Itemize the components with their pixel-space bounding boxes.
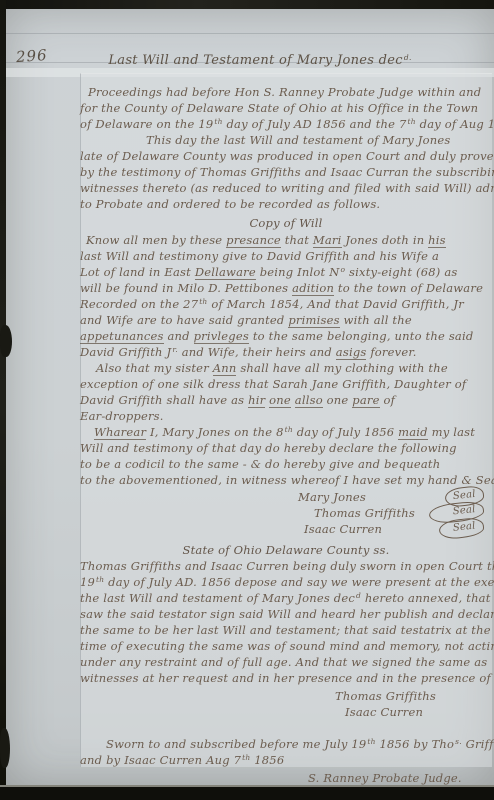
text-run: day of July AD 1856 and the 7 xyxy=(223,117,407,131)
text-run: of xyxy=(380,393,395,407)
text-run: for the County of Delaware State of Ohio… xyxy=(80,101,478,115)
text-line: Lot of land in East Dellaware being Inlo… xyxy=(80,264,492,280)
text-run: d xyxy=(355,591,361,600)
text-run: my last xyxy=(428,425,475,439)
text-run: day of July AD. 1856 depose and say we w… xyxy=(104,575,494,589)
text-run: th xyxy=(198,297,207,306)
text-line: exception of one silk dress that Sarah J… xyxy=(80,376,492,392)
text-line: for the County of Delaware State of Ohio… xyxy=(80,100,492,116)
ruled-line xyxy=(6,33,494,34)
witness-testimony: Thomas Griffiths and Isaac Curren being … xyxy=(80,558,492,686)
signature: Isaac CurrenSeal xyxy=(298,521,484,537)
text-run: Proceedings had before Hon S. Ranney Pro… xyxy=(88,85,481,99)
text-run: 1856 xyxy=(250,753,284,767)
text-run: to the same belonging, unto the said xyxy=(249,329,473,343)
text-line: Ear-droppers. xyxy=(80,408,492,424)
underlined-word: maid xyxy=(398,425,428,440)
text-run: sixty-eight (68) as xyxy=(345,265,457,279)
text-run: to the abovementioned, in witness whereo… xyxy=(80,473,494,487)
underlined-word: adition xyxy=(292,281,334,296)
text-run: last Will and testimony give to David Gr… xyxy=(80,249,439,263)
signature-name: Mary Jones xyxy=(298,490,366,504)
text-run: to the town of Delaware xyxy=(334,281,483,295)
text-line: Also that my sister Ann shall have all m… xyxy=(80,360,492,376)
text-run: one xyxy=(323,393,352,407)
text-line: witnesses at her request and in her pres… xyxy=(80,670,492,686)
text-run: day of Aug 1856 xyxy=(416,117,494,131)
text-run: forever. xyxy=(366,345,416,359)
text-line: Know all men by these presance that Mari… xyxy=(80,232,492,248)
text-run: th xyxy=(284,425,293,434)
text-run: to Probate and ordered to be recorded as… xyxy=(80,197,380,211)
text-line: time of executing the same was of sound … xyxy=(80,638,492,654)
text-line: late of Delaware County was produced in … xyxy=(80,148,492,164)
text-line: State of Ohio Delaware County ss. xyxy=(80,542,492,558)
text-run: I, Mary Jones on the 8 xyxy=(146,425,284,439)
proceedings-body: This day the last Will and testament of … xyxy=(80,132,492,212)
text-run: th xyxy=(407,117,416,126)
underlined-word: Wharear xyxy=(94,425,146,440)
text-run: shall have all my clothing with the xyxy=(236,361,447,375)
text-run: witnesses at her request and in her pres… xyxy=(80,671,494,685)
text-run: Also that my sister xyxy=(96,361,213,375)
underlined-word: appetunances xyxy=(80,329,164,344)
text-line: Recorded on the 27th of March 1854, And … xyxy=(80,296,492,312)
text-line: to the abovementioned, in witness whereo… xyxy=(80,472,492,488)
signature-name: Isaac Curren xyxy=(345,705,423,719)
text-run: exception of one silk dress that Sarah J… xyxy=(80,377,466,391)
text-run: Copy of Will xyxy=(249,216,322,230)
text-run: Ear-droppers. xyxy=(80,409,164,423)
text-run: d. xyxy=(403,53,412,62)
text-run: Jones doth in xyxy=(342,233,429,247)
underlined-word: primises xyxy=(288,313,339,328)
underlined-word: Mari xyxy=(313,233,342,248)
testator-signatures: Mary JonesSealThomas GriffithsSealIsaac … xyxy=(298,489,484,537)
text-line: Will and testimony of that day do hereby… xyxy=(80,440,492,456)
text-run: th xyxy=(95,575,104,584)
text-line: David Griffith Jr. and Wife, their heirs… xyxy=(80,344,492,360)
codicil-clause: Wharear I, Mary Jones on the 8th day of … xyxy=(80,424,492,488)
text-line: last Will and testimony give to David Gr… xyxy=(80,248,492,264)
text-run: to be a codicil to the same - & do hereb… xyxy=(80,457,440,471)
text-line: 19th day of July AD. 1856 depose and say… xyxy=(80,574,492,590)
text-run: Sworn to and subscribed before me July 1… xyxy=(106,737,366,751)
text-run: Griffiths xyxy=(462,737,494,751)
binding-shadow xyxy=(0,728,10,768)
sworn-statement: Sworn to and subscribed before me July 1… xyxy=(80,736,492,768)
text-run: and Wife are to have said granted xyxy=(80,313,288,327)
text-run: o xyxy=(339,265,345,274)
text-line: to be a codicil to the same - & do hereb… xyxy=(80,456,492,472)
text-run: Lot of land in East xyxy=(80,265,195,279)
text-line: David Griffith shall have as hir one all… xyxy=(80,392,492,408)
text-line: Thomas Griffiths and Isaac Curren being … xyxy=(80,558,492,574)
scanned-ledger-photo: 296 Last Will and Testament of Mary Jone… xyxy=(0,0,494,800)
text-run: being Inlot N xyxy=(256,265,340,279)
text-run: will be found in Milo D. Pettibones xyxy=(80,281,292,295)
underlined-word: asigs xyxy=(336,345,367,360)
text-run: by the testimony of Thomas Griffiths and… xyxy=(80,165,494,179)
photo-edge-top xyxy=(0,0,494,9)
text-line: saw the said testator sign said Will and… xyxy=(80,606,492,622)
will-body: Know all men by these presance that Mari… xyxy=(80,232,492,360)
text-run: Will and testimony of that day do hereby… xyxy=(80,441,457,455)
text-line: This day the last Will and testament of … xyxy=(80,132,492,148)
text-run: Recorded on the 27 xyxy=(80,297,198,311)
text-line: and by Isaac Curren Aug 7th 1856 xyxy=(80,752,492,768)
signature-name: Isaac Curren xyxy=(304,522,382,536)
text-line: to Probate and ordered to be recorded as… xyxy=(80,196,492,212)
text-run: of March 1854, And that David Griffith, … xyxy=(207,297,463,311)
page-title: Last Will and Testament of Mary Jones de… xyxy=(46,53,474,68)
text-run: Thomas Griffiths and Isaac Curren being … xyxy=(80,559,494,573)
text-line: Sworn to and subscribed before me July 1… xyxy=(80,736,492,752)
text-run: the same to be her last Will and testame… xyxy=(80,623,491,637)
text-line: and Wife are to have said granted primis… xyxy=(80,312,492,328)
text-line: Wharear I, Mary Jones on the 8th day of … xyxy=(80,424,492,440)
text-run: hereto annexed, that we xyxy=(361,591,494,605)
text-line: S. Ranney Probate Judge. xyxy=(308,770,492,786)
text-run: day of July 1856 xyxy=(293,425,398,439)
text-line: under any restraint and of full age. And… xyxy=(80,654,492,670)
text-run: that xyxy=(281,233,313,247)
text-run: State of Ohio Delaware County ss. xyxy=(183,543,390,557)
clothing-clause: Also that my sister Ann shall have all m… xyxy=(80,360,492,424)
underlined-word: his xyxy=(428,233,446,248)
page-number: 296 xyxy=(15,46,48,66)
signature-name: Thomas Griffiths xyxy=(335,689,436,703)
underlined-word: privleges xyxy=(194,329,249,344)
text-run: David Griffith J xyxy=(80,345,171,359)
text-run: th xyxy=(241,753,250,762)
text-line: the same to be her last Will and testame… xyxy=(80,622,492,638)
ledger-page: 296 Last Will and Testament of Mary Jone… xyxy=(6,9,494,787)
text-run: S. Ranney Probate Judge. xyxy=(308,771,462,785)
underlined-word: pare xyxy=(352,393,379,408)
photo-edge-bottom xyxy=(0,785,494,800)
text-run: and Wife, their heirs and xyxy=(178,345,336,359)
text-run: s. xyxy=(454,737,462,746)
state-heading: State of Ohio Delaware County ss. xyxy=(80,542,492,558)
underlined-word: Dellaware xyxy=(195,265,256,280)
photo-edge-left xyxy=(0,0,6,800)
signature: Isaac Curren xyxy=(335,704,492,720)
text-run: r. xyxy=(171,345,178,354)
text-line: the last Will and testament of Mary Jone… xyxy=(80,590,492,606)
text-run: 19 xyxy=(80,575,95,589)
witness-signatures: Thomas GriffithsIsaac Curren xyxy=(335,688,492,720)
text-run: th xyxy=(366,737,375,746)
text-line: witnesses thereto (as reduced to writing… xyxy=(80,180,492,196)
text-run: the last Will and testament of Mary Jone… xyxy=(80,591,355,605)
underlined-word: allso xyxy=(295,393,323,408)
text-line: Copy of Will xyxy=(80,215,492,231)
text-run: Know all men by these xyxy=(86,233,226,247)
underlined-word: one xyxy=(269,393,291,408)
document-body: Proceedings had before Hon S. Ranney Pro… xyxy=(80,84,492,787)
text-line: will be found in Milo D. Pettibones adit… xyxy=(80,280,492,296)
text-run: saw the said testator sign said Will and… xyxy=(80,607,494,621)
text-run: of Delaware on the 19 xyxy=(80,117,213,131)
text-run: with all the xyxy=(340,313,412,327)
text-run: witnesses thereto (as reduced to writing… xyxy=(80,181,494,195)
judge-signature: S. Ranney Probate Judge. xyxy=(308,770,492,786)
text-run: th xyxy=(213,117,222,126)
signature-name: Thomas Griffiths xyxy=(314,506,415,520)
text-run: This day the last Will and testament of … xyxy=(146,133,450,147)
text-run: and by Isaac Curren Aug 7 xyxy=(80,753,241,767)
text-run: time of executing the same was of sound … xyxy=(80,639,494,653)
seal-mark: Seal xyxy=(438,517,484,541)
underlined-word: presance xyxy=(226,233,281,248)
text-line: by the testimony of Thomas Griffiths and… xyxy=(80,164,492,180)
copy-heading: Copy of Will xyxy=(80,215,492,231)
text-run: David Griffith shall have as xyxy=(80,393,248,407)
text-line: appetunances and privleges to the same b… xyxy=(80,328,492,344)
text-run: under any restraint and of full age. And… xyxy=(80,655,487,669)
signature: Thomas Griffiths xyxy=(335,688,492,704)
underlined-word: Ann xyxy=(213,361,237,376)
text-line: Proceedings had before Hon S. Ranney Pro… xyxy=(80,84,492,100)
underlined-word: hir xyxy=(248,393,265,408)
text-run: Last Will and Testament of Mary Jones de… xyxy=(108,53,403,68)
binding-shadow xyxy=(0,325,12,357)
text-line: of Delaware on the 19th day of July AD 1… xyxy=(80,116,492,132)
text-run: late of Delaware County was produced in … xyxy=(80,149,494,163)
proceedings-intro: Proceedings had before Hon S. Ranney Pro… xyxy=(80,84,492,132)
text-run: 1856 by Tho xyxy=(376,737,455,751)
text-run: and xyxy=(164,329,194,343)
